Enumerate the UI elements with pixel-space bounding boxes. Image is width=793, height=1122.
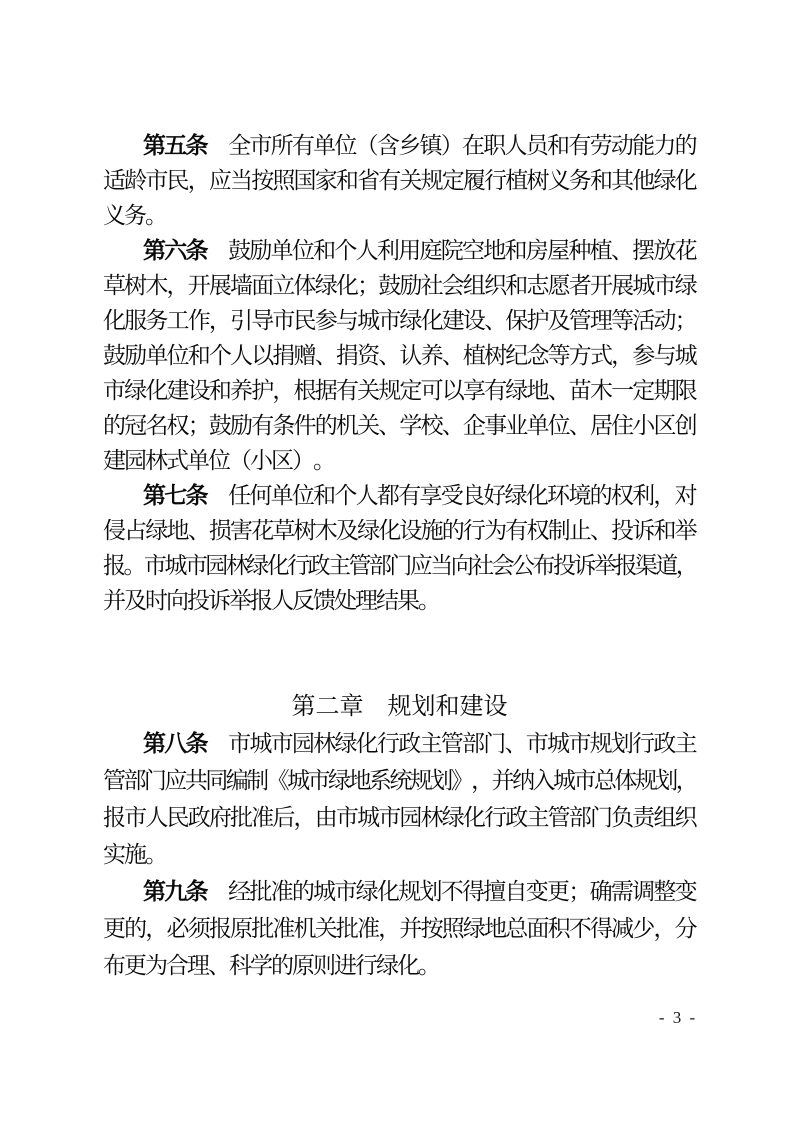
body-char: 单 [313,133,334,160]
body-char: 批 [336,916,357,943]
body-char: 部 [123,768,143,795]
body-char: 关 [357,378,378,405]
body-char: 参 [315,308,336,335]
body-char: ， [471,768,491,795]
body-char: 有 [336,378,357,405]
body-char: 必 [167,916,188,943]
article-number-char: 第 [143,879,164,906]
body-char: 。 [418,953,439,980]
body-char: 、 [590,518,611,545]
body-char: 得 [590,916,611,943]
body-char: 、 [378,413,399,440]
body-char: 市 [271,731,292,758]
article-number-char: 第 [143,483,164,510]
article-number-char: 六 [164,238,185,265]
body-char: 市 [185,553,205,580]
body-char: 放 [653,238,674,265]
body-char: 》 [451,768,471,795]
body-char: 管 [569,308,590,335]
body-char: 参 [632,343,653,370]
body-char: ， [676,553,696,580]
body-char: 管 [348,553,368,580]
body-char: 主 [675,731,696,758]
body-char: 植 [590,238,611,265]
body-char: 并 [492,768,512,795]
body-char: 社 [471,553,491,580]
body-char: 门 [144,768,164,795]
body-char: 有 [292,133,313,160]
body-char: 木 [590,378,611,405]
body-char: 、 [208,953,229,980]
body-char: 植 [505,168,526,195]
body-char: 和 [590,168,611,195]
article-line: 第五条 全市所有单位（含乡镇）在职人员和有劳动能力的 [103,133,696,163]
body-char: 励 [230,413,251,440]
body-char: 市 [378,308,399,335]
body-char: 用 [398,238,419,265]
body-char: 民 [167,805,188,832]
body-char: 则 [313,953,334,980]
body-char: 城 [547,731,568,758]
body-char: 准 [357,916,378,943]
body-char: 务 [569,168,590,195]
body-char: 部 [569,805,590,832]
body-char: 城 [675,343,696,370]
body-char: 林 [226,553,246,580]
body-char: 报 [614,553,634,580]
body-char: 馈 [313,588,334,615]
body-char: 设 [463,308,484,335]
body-char: 由 [315,805,336,832]
body-char: 市 [653,273,674,300]
body-char: 城 [553,768,573,795]
body-char: 、 [611,238,632,265]
body-char: 举 [594,553,614,580]
body-char: 行 [463,518,484,545]
body-char: 理 [187,953,208,980]
body-char: 少 [632,916,653,943]
article-number-char: 九 [164,879,185,906]
body-char: 励 [399,273,420,300]
body-char: 及 [548,308,569,335]
body-char: 人 [230,343,251,370]
body-char: 动 [653,308,674,335]
body-char: 绿 [246,553,266,580]
body-char: 人 [356,238,377,265]
body-char: 国 [294,168,315,195]
body-char: 规 [635,768,655,795]
body-char: 绿 [145,518,166,545]
body-char: 照 [272,168,293,195]
body-char: 化 [378,518,399,545]
body-char: 按 [421,916,442,943]
body-char: 其 [611,168,632,195]
body-char: 负 [611,805,632,832]
body-char: 机 [294,916,315,943]
body-char: 市 [526,731,547,758]
body-char: 须 [188,916,209,943]
body-char: 织 [675,805,696,832]
body-char: 和 [313,238,334,265]
body-char: 更 [124,953,145,980]
body-char: 绿 [334,731,355,758]
body-char: 事 [484,413,505,440]
body-char: 权 [526,518,547,545]
body-char [207,879,228,906]
body-char: 资 [357,343,378,370]
text-line: 管部门应共同编制《城市绿地系统规划》，并纳入城市总体规划， [103,768,696,798]
body-char: 果 [397,588,418,615]
body-char: 以 [251,343,272,370]
body-char: 位 [167,343,188,370]
text-line: 更的，必须报原批准机关批准，并按照绿地总面积不得减少，分 [103,916,696,946]
body-char: 学 [399,413,420,440]
body-char: 建 [442,308,463,335]
body-char: 市 [334,879,355,906]
body-char: 个 [334,238,355,265]
body-char: 规 [378,378,399,405]
body-char: 门 [389,553,409,580]
body-char: 校 [421,413,442,440]
body-char: 单 [526,413,547,440]
text-line: 草树木，开展墙面立体绿化；鼓励社会组织和志愿者开展城市绿 [103,273,696,303]
body-char: 准 [271,879,292,906]
body-char: 念 [526,343,547,370]
body-char: 划 [430,768,450,795]
body-char: 和 [653,518,674,545]
body-char: 、 [569,413,590,440]
body-char: 主 [328,553,348,580]
body-char: 编 [226,768,246,795]
body-char: ， [167,273,188,300]
body-char: 活 [632,308,653,335]
body-char: 批 [249,879,270,906]
body-char: 个 [209,343,230,370]
body-char: 他 [632,168,653,195]
article-number-char: 八 [164,731,185,758]
body-char: 组 [463,273,484,300]
body-char: 能 [632,133,653,160]
body-char: 服 [124,308,145,335]
body-char: 草 [272,518,293,545]
body-char: 门 [590,805,611,832]
body-char: 应 [410,553,430,580]
page-number: - 3 - [648,1008,708,1028]
body-char: 社 [421,273,442,300]
body-char: 志 [526,273,547,300]
body-char: 单 [145,343,166,370]
body-char: 学 [250,953,271,980]
body-char: 绿 [356,879,377,906]
body-char: 进 [334,953,355,980]
body-char: 愿 [548,273,569,300]
body-char: 化 [397,953,418,980]
body-char: 园 [399,805,420,832]
body-char: 占 [124,518,145,545]
body-char: 举 [229,588,250,615]
body-char: 主 [419,731,440,758]
body-char: 政 [188,805,209,832]
body-char: 环 [547,483,568,510]
body-char: 及 [124,588,145,615]
body-char: 城 [357,308,378,335]
body-char: 有 [398,483,419,510]
body-char: ， [188,168,209,195]
body-char: 在 [462,133,483,160]
body-char: 和 [505,238,526,265]
body-char [207,483,228,510]
body-char: 市 [249,133,270,160]
body-char: 、 [315,343,336,370]
body-char: 鼓 [378,273,399,300]
body-char [207,238,228,265]
body-char: 绿 [442,805,463,832]
body-char: 并 [399,916,420,943]
text-line: 的冠名权；鼓励有条件的机关、学校、企事业单位、居住小区创 [103,413,696,443]
body-char: 有 [251,413,272,440]
body-char: ， [145,916,166,943]
body-char: 城 [287,768,307,795]
body-char: 行 [484,805,505,832]
body-char: 展 [209,273,230,300]
body-char: 镇 [419,133,440,160]
body-char: 的 [124,916,145,943]
body-char: 。 [313,448,334,475]
body-char: 绿 [653,168,674,195]
body-char: 位 [334,133,355,160]
body-char: 部 [462,731,483,758]
body-char: 行 [632,731,653,758]
article-line: 第八条 市城市园林绿化行政主管部门、市城市规划行政主 [103,731,696,761]
body-char: 绿 [463,916,484,943]
chapter-heading: 第二章 规划和建设 [103,692,696,722]
body-char: 家 [315,168,336,195]
body-char: 结 [376,588,397,615]
body-char: 绿 [505,483,526,510]
body-char: 市 [103,378,124,405]
body-char: 绿 [357,518,378,545]
body-char: 、 [505,731,526,758]
body-char: 实 [103,842,124,869]
body-char: 、 [484,308,505,335]
body-char: 空 [462,238,483,265]
body-char: 管 [548,805,569,832]
body-char: 的 [590,483,611,510]
body-char: 屋 [547,238,568,265]
body-char: 绿 [505,378,526,405]
body-char: 总 [505,916,526,943]
body-char: 报 [103,553,123,580]
body-char: 可 [421,378,442,405]
body-char: 的 [442,518,463,545]
body-char: 会 [442,273,463,300]
body-char: 市 [144,553,164,580]
body-char: 统 [389,768,409,795]
body-char: 报 [250,588,271,615]
body-char: 市 [308,768,328,795]
article-number-char: 第 [143,238,164,265]
body-char: 含 [377,133,398,160]
body-char: ） [441,133,462,160]
body-char: 院 [441,238,462,265]
body-char: 开 [590,273,611,300]
text-line: 市绿化建设和养护，根据有关规定可以享有绿地、苗木一定期限 [103,378,696,408]
body-char: 管 [441,731,462,758]
body-char: 责 [632,805,653,832]
body-char: 、 [188,518,209,545]
body-char: 权 [611,483,632,510]
body-char: 投 [553,553,573,580]
body-char: 根 [294,378,315,405]
body-char: 位 [292,238,313,265]
body-char: 捐 [336,343,357,370]
body-char: 同 [205,768,225,795]
body-char: 机 [336,413,357,440]
text-line: 义务。 [103,203,696,233]
body-char: 认 [399,343,420,370]
body-char: 施 [124,842,145,869]
body-char: 木 [315,518,336,545]
body-char: 设 [188,378,209,405]
body-char: 市 [272,308,293,335]
body-char: 为 [145,953,166,980]
body-char: 损 [209,518,230,545]
body-char: 关 [399,168,420,195]
body-char: 全 [228,133,249,160]
body-char: 开 [188,273,209,300]
body-char: 件 [294,413,315,440]
body-char: 化 [336,273,357,300]
body-char: 花 [251,518,272,545]
body-char: 享 [463,378,484,405]
body-char: 批 [251,916,272,943]
body-char: 位 [548,413,569,440]
article-number-char: 条 [186,133,207,160]
body-char: 园 [292,731,313,758]
body-char: 境 [568,483,589,510]
body-char: 织 [484,273,505,300]
body-char: 化 [421,308,442,335]
body-char: 需 [611,879,632,906]
body-char: 和 [505,273,526,300]
body-char: 行 [377,731,398,758]
body-char: 制 [246,768,266,795]
body-char: 人 [505,133,526,160]
body-char: 关 [357,413,378,440]
body-char: 林 [421,805,442,832]
body-char: ， [378,916,399,943]
body-char: 建 [167,378,188,405]
body-char: 励 [124,343,145,370]
body-char: 适 [103,168,124,195]
text-line: 实施。 [103,842,696,872]
body-char: 义 [103,203,124,230]
body-char: 地 [483,238,504,265]
body-char: 捐 [272,343,293,370]
body-char: 励 [249,238,270,265]
body-char: 市 [228,731,249,758]
body-char: ， [611,343,632,370]
body-char: 享 [419,483,440,510]
body-char: 方 [569,343,590,370]
body-char: 动 [611,133,632,160]
body-char: 、 [548,378,569,405]
body-char: 义 [548,168,569,195]
body-char: 行 [287,553,307,580]
body-char: 体 [294,273,315,300]
body-char: 小 [632,413,653,440]
body-char: 都 [377,483,398,510]
body-char: 行 [484,168,505,195]
body-char: 林 [313,731,334,758]
body-char: 式 [590,343,611,370]
body-char: 期 [653,378,674,405]
text-line: 鼓励单位和个人以捐赠、捐资、认养、植树纪念等方式，参与城 [103,343,696,373]
body-char: 化 [356,731,377,758]
body-char: 化 [377,879,398,906]
body-char: 后 [272,805,293,832]
body-char: 职 [483,133,504,160]
body-char: 园 [124,448,145,475]
body-char: 的 [315,413,336,440]
body-char: 入 [533,768,553,795]
body-char: 树 [526,168,547,195]
body-char: 良 [462,483,483,510]
body-char: 面 [251,273,272,300]
body-char: 墙 [230,273,251,300]
body-char: 务 [124,203,145,230]
body-char: ， [209,308,230,335]
body-char: 化 [103,308,124,335]
body-char: 式 [166,448,187,475]
body-char: 树 [294,518,315,545]
body-char: 并 [103,588,124,615]
body-char: 名 [145,413,166,440]
body-char: 工 [167,308,188,335]
article-number-char: 条 [186,879,207,906]
body-char: 小 [250,448,271,475]
body-char: 植 [463,343,484,370]
body-char: 城 [249,731,270,758]
body-char: 与 [653,343,674,370]
body-char: 合 [166,953,187,980]
body-char: 创 [675,413,696,440]
body-char: 个 [334,483,355,510]
body-char: 规 [421,168,442,195]
body-char: 布 [103,953,124,980]
body-char: 。 [123,553,143,580]
body-char: 龄 [124,168,145,195]
body-char: 准 [272,916,293,943]
body-char: 单 [271,483,292,510]
body-char: 等 [611,308,632,335]
body-char: 行 [355,953,376,980]
body-char: 为 [484,518,505,545]
body-char: 等 [548,343,569,370]
body-char: 应 [164,768,184,795]
body-char: 、 [442,343,463,370]
article-number-char: 第 [143,731,164,758]
document-text: 第五条 全市所有单位（含乡镇）在职人员和有劳动能力的适龄市民，应当按照国家和省有… [0,0,793,1122]
body-char: 的 [675,133,696,160]
body-char: ， [676,768,696,795]
body-char: 作 [188,308,209,335]
body-char: 冠 [124,413,145,440]
body-char: 对 [675,483,696,510]
body-char: 城 [357,805,378,832]
text-line: 报市人民政府批准后，由市城市园林绿化行政主管部门负责组织 [103,805,696,835]
body-char: 绿 [328,768,348,795]
